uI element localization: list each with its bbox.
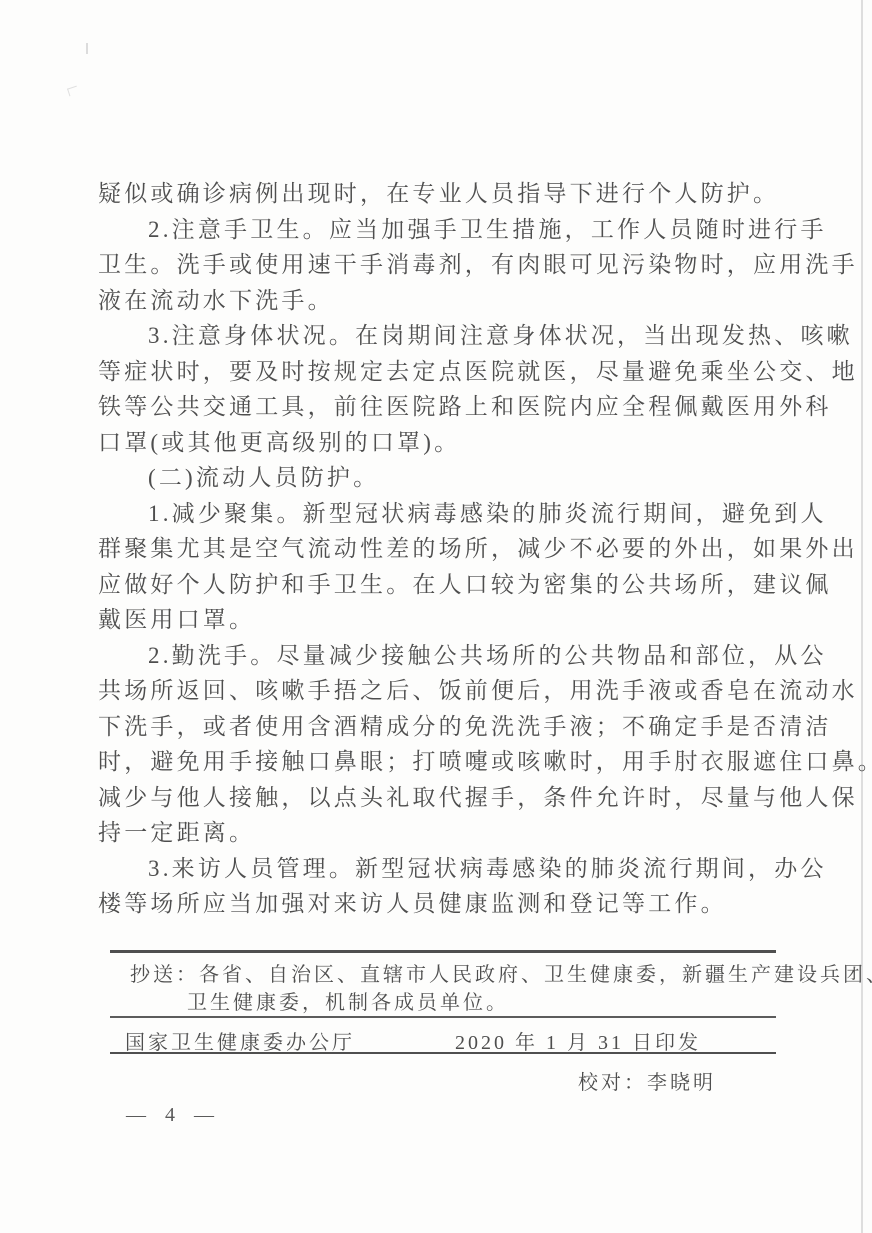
text-line: 戴医用口罩。 [98, 602, 814, 638]
issue-row: 国家卫生健康委办公厅 2020 年 1 月 31 日印发 [125, 1026, 701, 1055]
text-line: 2.注意手卫生。应当加强手卫生措施，工作人员随时进行手 [98, 212, 814, 248]
text-line: (二)流动人员防护。 [98, 460, 814, 496]
text-line: 卫生。洗手或使用速干手消毒剂，有肉眼可见污染物时，应用洗手 [98, 247, 814, 283]
print-date: 2020 年 1 月 31 日印发 [455, 1026, 701, 1055]
divider-rule-top [110, 950, 776, 953]
text-line: 口罩(或其他更高级别的口罩)。 [98, 425, 814, 461]
text-line: 1.减少聚集。新型冠状病毒感染的肺炎流行期间，避免到人 [98, 496, 814, 532]
cc-line: 卫生健康委，机制各成员单位。 [130, 989, 872, 1017]
scan-edge-artifact [861, 0, 863, 1233]
divider-rule-middle [110, 1016, 776, 1018]
text-line: 2.勤洗手。尽量减少接触公共场所的公共物品和部位，从公 [98, 638, 814, 674]
document-page: 疑似或确诊病例出现时，在专业人员指导下进行个人防护。 2.注意手卫生。应当加强手… [0, 0, 872, 1233]
text-line: 共场所返回、咳嗽手捂之后、饭前便后，用洗手液或香皂在流动水 [98, 673, 814, 709]
text-line: 楼等场所应当加强对来访人员健康监测和登记等工作。 [98, 886, 814, 922]
text-line: 时，避免用手接触口鼻眼；打喷嚏或咳嗽时，用手肘衣服遮住口鼻。 [98, 744, 814, 780]
cc-line: 抄送：各省、自治区、直辖市人民政府、卫生健康委，新疆生产建设兵团、 [130, 961, 872, 989]
text-line: 持一定距离。 [98, 815, 814, 851]
text-line: 减少与他人接触，以点头礼取代握手，条件允许时，尽量与他人保 [98, 780, 814, 816]
text-line: 液在流动水下洗手。 [98, 283, 814, 319]
issuing-office: 国家卫生健康委办公厅 [125, 1026, 355, 1055]
scan-mark [86, 43, 88, 54]
text-line: 3.注意身体状况。在岗期间注意身体状况，当出现发热、咳嗽 [98, 318, 814, 354]
text-line: 3.来访人员管理。新型冠状病毒感染的肺炎流行期间，办公 [98, 851, 814, 887]
proofreader-note: 校对：李晓明 [578, 1066, 716, 1095]
scan-mark [67, 86, 79, 97]
divider-rule-bottom [110, 1052, 776, 1054]
text-line: 下洗手，或者使用含酒精成分的免洗洗手液；不确定手是否清洁 [98, 709, 814, 745]
text-line: 等症状时，要及时按规定去定点医院就医，尽量避免乘坐公交、地 [98, 354, 814, 390]
page-number: — 4 — [126, 1104, 221, 1127]
text-line: 疑似或确诊病例出现时，在专业人员指导下进行个人防护。 [98, 176, 814, 212]
cc-list: 抄送：各省、自治区、直辖市人民政府、卫生健康委，新疆生产建设兵团、 卫生健康委，… [130, 961, 872, 1017]
text-line: 应做好个人防护和手卫生。在人口较为密集的公共场所，建议佩 [98, 567, 814, 603]
body-text: 疑似或确诊病例出现时，在专业人员指导下进行个人防护。 2.注意手卫生。应当加强手… [98, 176, 814, 922]
text-line: 铁等公共交通工具，前往医院路上和医院内应全程佩戴医用外科 [98, 389, 814, 425]
text-line: 群聚集尤其是空气流动性差的场所，减少不必要的外出，如果外出 [98, 531, 814, 567]
